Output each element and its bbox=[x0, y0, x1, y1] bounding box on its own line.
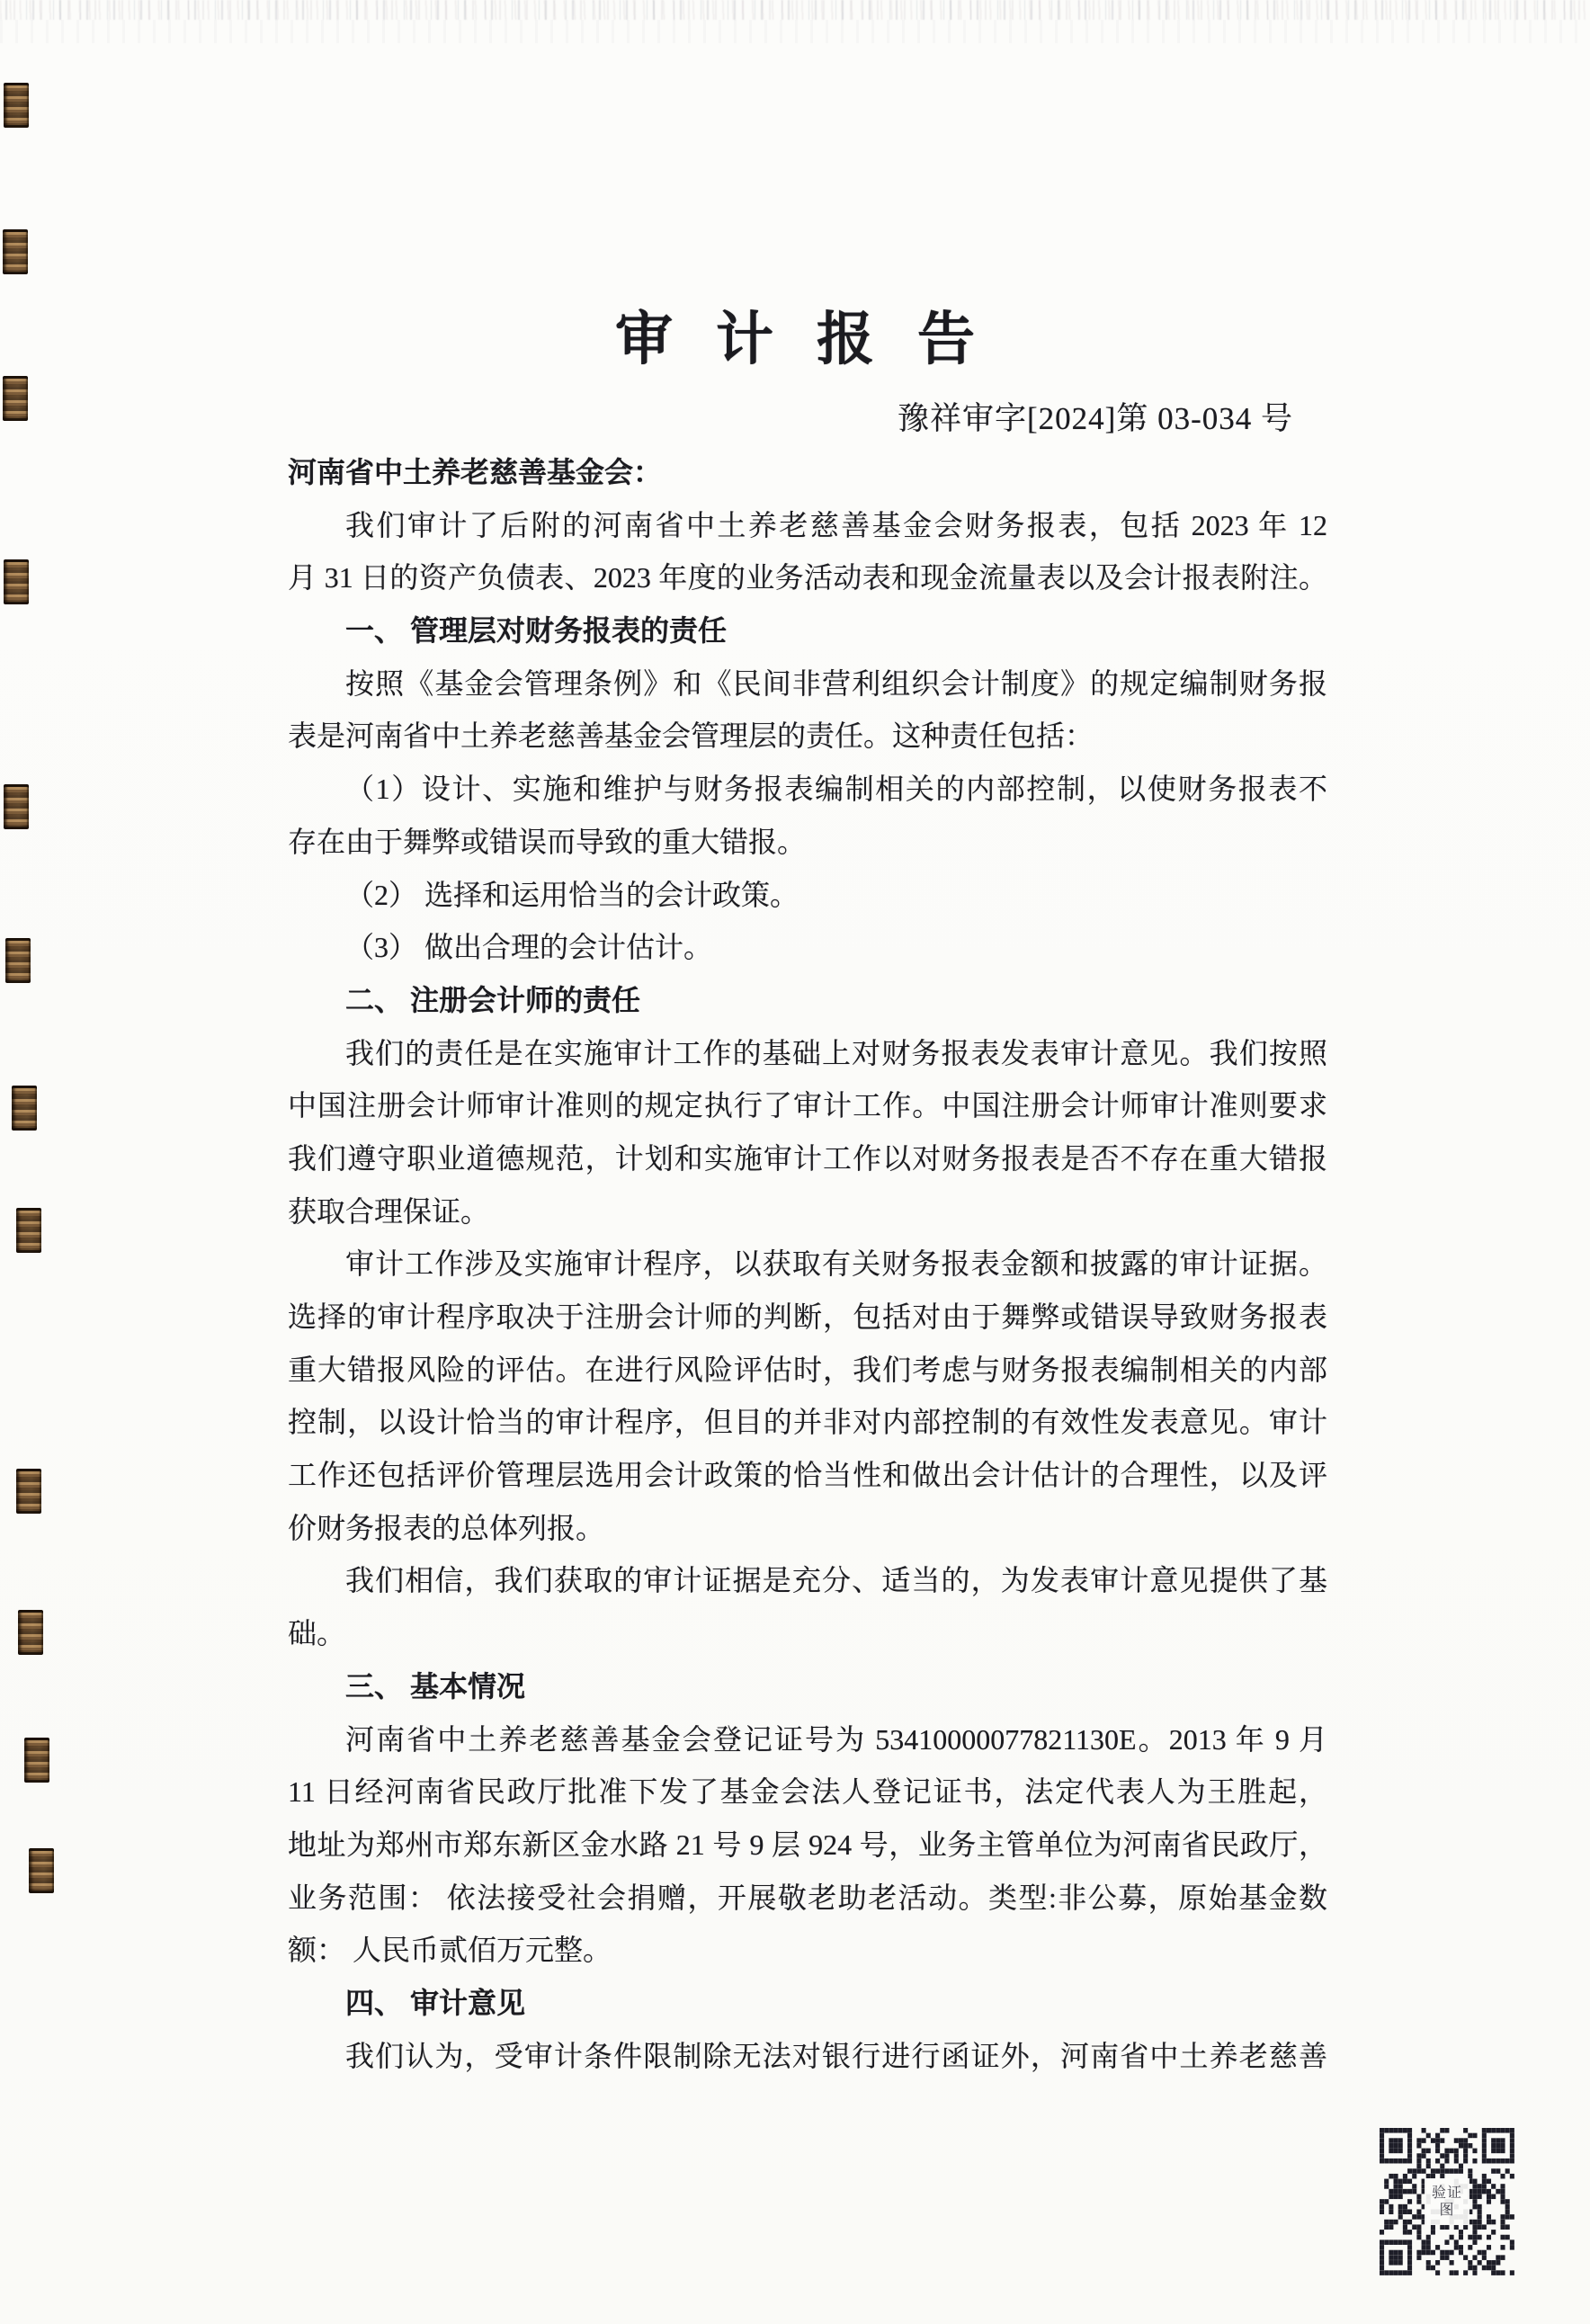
body-line: 我们审计了后附的河南省中土养老慈善基金会财务报表，包括 2023 年 12 bbox=[288, 499, 1327, 552]
scanned-audit-report-page: 审计报告 豫祥审字[2024]第 03-034 号 河南省中土养老慈善基金会：我… bbox=[0, 0, 1590, 2324]
body-line: 月 31 日的资产负债表、2023 年度的业务活动表和现金流量表以及会计报表附注… bbox=[288, 551, 1327, 604]
body-line: 价财务报表的总体列报。 bbox=[288, 1502, 1327, 1555]
body-line: （2） 选择和运用恰当的会计政策。 bbox=[288, 869, 1327, 922]
scanner-noise-strip-faint bbox=[0, 20, 1590, 43]
body-line: （3） 做出合理的会计估计。 bbox=[288, 921, 1327, 974]
binding-mark bbox=[29, 1848, 54, 1893]
qr-center-label: 验证图 bbox=[1425, 2178, 1469, 2225]
binding-mark bbox=[16, 1469, 41, 1514]
body-line: 我们遵守职业道德规范，计划和实施审计工作以对财务报表是否不存在重大错报 bbox=[288, 1132, 1327, 1185]
body-line: 存在由于舞弊或错误而导致的重大错报。 bbox=[288, 816, 1327, 869]
binding-mark bbox=[24, 1738, 49, 1783]
binding-mark bbox=[3, 229, 28, 274]
body-line: 我们相信，我们获取的审计证据是充分、适当的，为发表审计意见提供了基 bbox=[288, 1554, 1327, 1607]
body-line: 获取合理保证。 bbox=[288, 1185, 1327, 1238]
body-line: 工作还包括评价管理层选用会计政策的恰当性和做出会计估计的合理性，以及评 bbox=[288, 1449, 1327, 1502]
qr-center-text: 验证 bbox=[1432, 2185, 1462, 2202]
body-line: 四、 审计意见 bbox=[288, 1977, 1327, 2030]
report-title: 审计报告 bbox=[0, 293, 1590, 376]
body-line: 我们认为，受审计条件限制除无法对银行进行函证外，河南省中土养老慈善 bbox=[288, 2030, 1327, 2083]
binding-mark bbox=[4, 559, 29, 604]
body-line: 重大错报风险的评估。在进行风险评估时，我们考虑与财务报表编制相关的内部 bbox=[288, 1344, 1327, 1397]
scanner-noise-strip bbox=[0, 0, 1590, 20]
body-line: 河南省中土养老慈善基金会： bbox=[288, 446, 1327, 499]
binding-mark bbox=[4, 83, 29, 128]
binding-mark bbox=[4, 784, 29, 829]
body-line: 我们的责任是在实施审计工作的基础上对财务报表发表审计意见。我们按照 bbox=[288, 1027, 1327, 1080]
body-line: 中国注册会计师审计准则的规定执行了审计工作。中国注册会计师审计准则要求 bbox=[288, 1079, 1327, 1132]
binding-mark bbox=[12, 1086, 37, 1131]
body-line: 按照《基金会管理条例》和《民间非营利组织会计制度》的规定编制财务报 bbox=[288, 657, 1327, 711]
report-body: 河南省中土养老慈善基金会：我们审计了后附的河南省中土养老慈善基金会财务报表，包括… bbox=[288, 446, 1327, 2082]
body-line: 审计工作涉及实施审计程序，以获取有关财务报表金额和披露的审计证据。 bbox=[288, 1238, 1327, 1291]
qr-code: 验证图 bbox=[1380, 2128, 1514, 2275]
body-line: 表是河南省中土养老慈善基金会管理层的责任。这种责任包括： bbox=[288, 710, 1327, 763]
body-line: 额： 人民币贰佰万元整。 bbox=[288, 1924, 1327, 1977]
binding-mark bbox=[16, 1208, 41, 1253]
document-number: 豫祥审字[2024]第 03-034 号 bbox=[898, 394, 1293, 439]
body-line: 一、 管理层对财务报表的责任 bbox=[288, 604, 1327, 657]
body-line: 三、 基本情况 bbox=[288, 1660, 1327, 1713]
body-line: （1）设计、实施和维护与财务报表编制相关的内部控制，以使财务报表不 bbox=[288, 763, 1327, 816]
body-line: 河南省中土养老慈善基金会登记证号为 53410000077821130E。201… bbox=[288, 1713, 1327, 1766]
body-line: 础。 bbox=[288, 1607, 1327, 1660]
binding-mark bbox=[18, 1610, 43, 1655]
body-line: 11 日经河南省民政厅批准下发了基金会法人登记证书，法定代表人为王胜起， bbox=[288, 1765, 1327, 1819]
binding-mark bbox=[5, 938, 31, 983]
body-line: 选择的审计程序取决于注册会计师的判断，包括对由于舞弊或错误导致财务报表 bbox=[288, 1291, 1327, 1344]
body-line: 业务范围： 依法接受社会捐赠，开展敬老助老活动。类型:非公募，原始基金数 bbox=[288, 1872, 1327, 1925]
body-line: 地址为郑州市郑东新区金水路 21 号 9 层 924 号，业务主管单位为河南省民… bbox=[288, 1819, 1327, 1872]
body-line: 二、 注册会计师的责任 bbox=[288, 974, 1327, 1027]
binding-mark bbox=[3, 376, 28, 421]
qr-center-text: 图 bbox=[1439, 2202, 1454, 2219]
body-line: 控制，以设计恰当的审计程序，但目的并非对内部控制的有效性发表意见。审计 bbox=[288, 1396, 1327, 1449]
